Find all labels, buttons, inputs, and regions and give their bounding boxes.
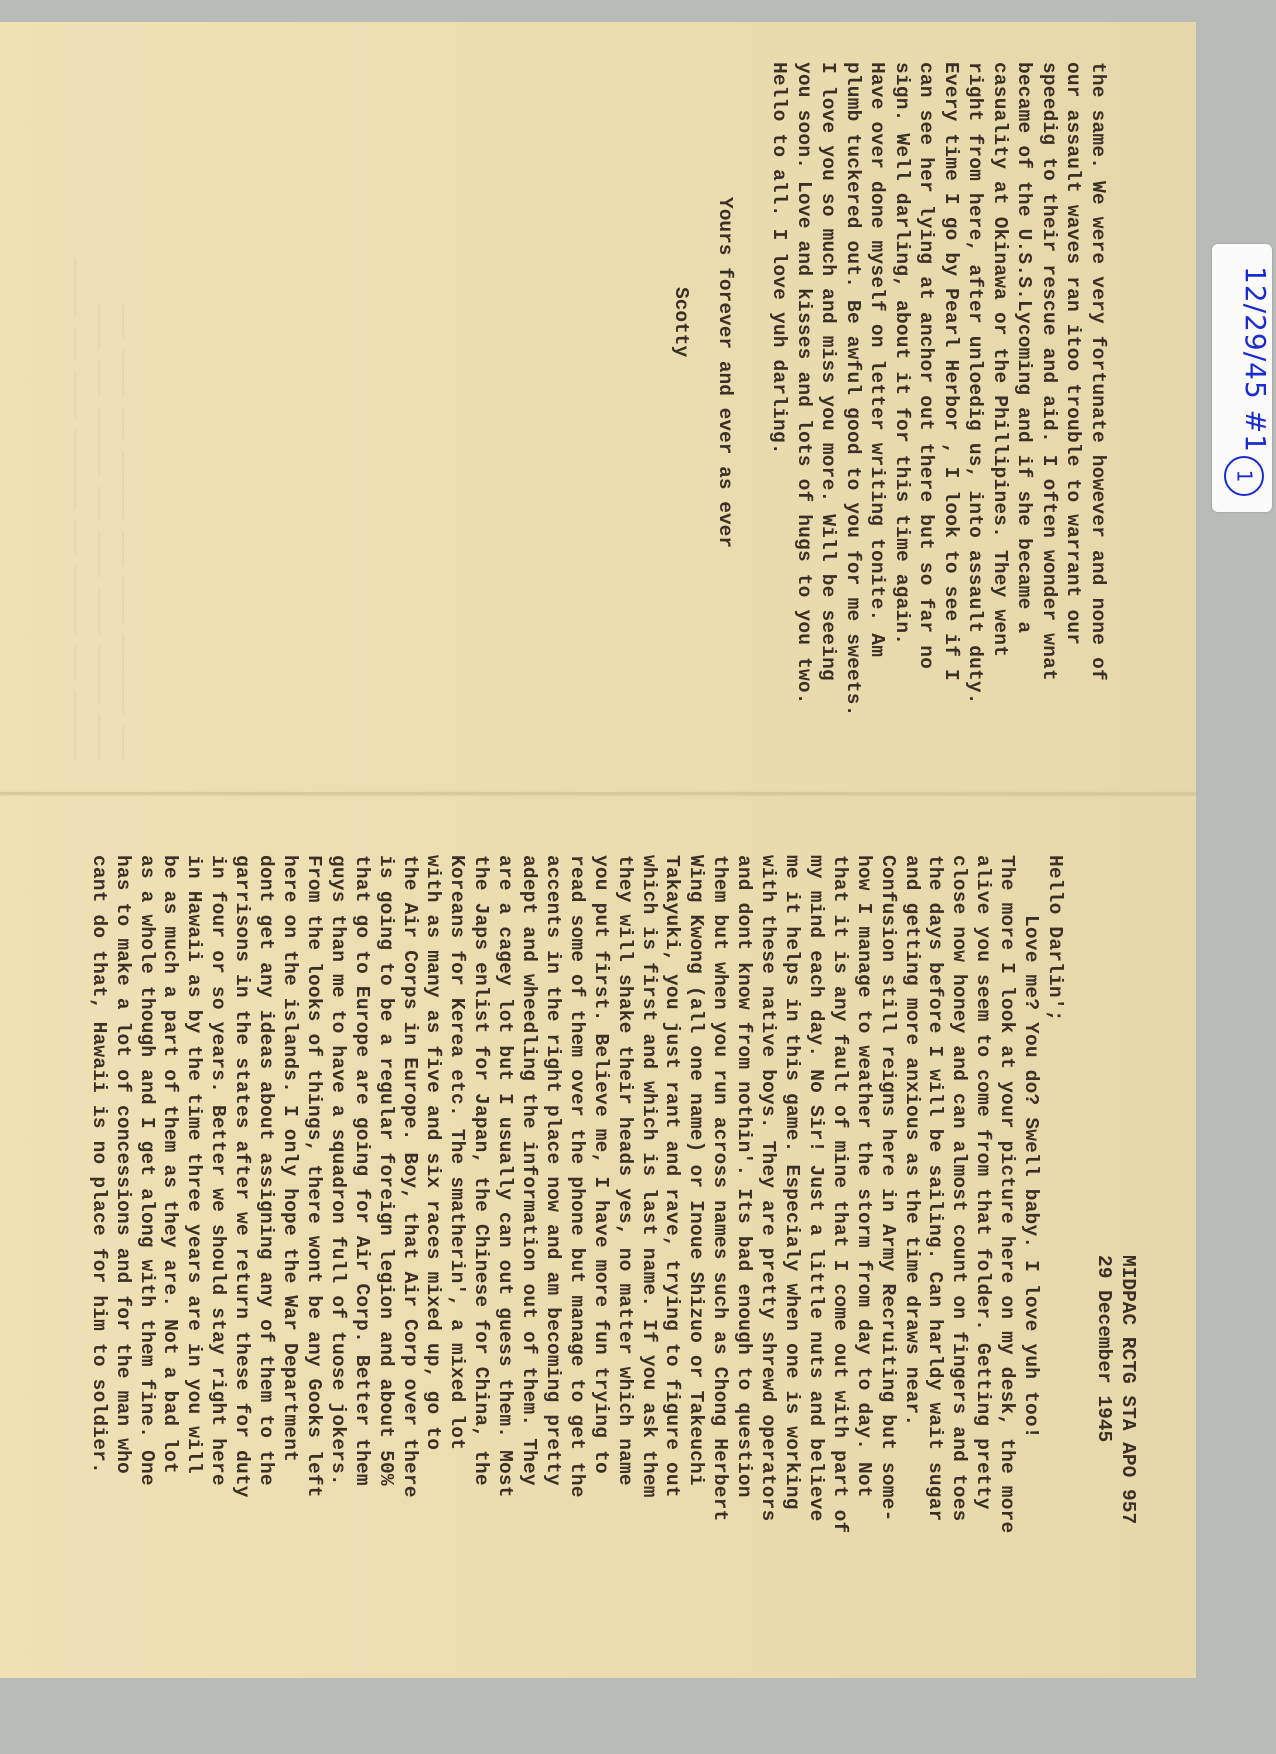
text-line: became of the U.S.S.Lycoming and if she …	[1012, 62, 1037, 782]
text-line: Every time I go by Pearl Herbor , I look…	[939, 62, 964, 782]
text-line: close now honey and can almost count on …	[946, 855, 970, 1575]
closing-line: Yours forever and ever as ever	[713, 62, 737, 782]
text-line: they will shake their heads yes, no matt…	[612, 855, 636, 1575]
text-line: Hello to all. I love yuh darling.	[767, 62, 792, 782]
body-paragraph: the same. We were very fortunate however…	[767, 62, 1110, 782]
station-header: MIDPAC RCTG STA APO 957	[1116, 855, 1140, 1575]
text-line: can see her lying at anchor out there bu…	[914, 62, 939, 782]
text-line: Confusion still reigns here in Army Recr…	[875, 855, 899, 1575]
letter-page-two: MIDPAC RCTG STA APO 957 29 December 1945…	[30, 855, 1140, 1575]
text-line: you put first. Believe me, I have more f…	[588, 855, 612, 1575]
text-line: alive you seem to come from that folder.…	[970, 855, 994, 1575]
text-line: you soon. Love and kisses and lots of hu…	[792, 62, 817, 782]
text-line: has to make a lot of concessions and for…	[110, 855, 134, 1575]
text-line: and dont know from nothin'. Its bad enou…	[731, 855, 755, 1575]
text-line: my mind each day. No Sir! Just a little …	[803, 855, 827, 1575]
text-line: Have over done myself on letter writing …	[865, 62, 890, 782]
text-line: with these native boys. They are pretty …	[755, 855, 779, 1575]
text-line: guys than me to have a squadron full of …	[325, 855, 349, 1575]
archive-label: 12/29/45 #1 1	[1212, 244, 1272, 512]
text-line: and getting more anxious as the time dra…	[899, 855, 923, 1575]
text-line: me it helps in this game. Especialy when…	[779, 855, 803, 1575]
text-line: our assault waves ran itoo trouble to wa…	[1061, 62, 1086, 782]
text-line: From the looks of things, there wont be …	[301, 855, 325, 1575]
text-line: how I manage to weather the storm from d…	[851, 855, 875, 1575]
text-line: the days before I will be sailing. Can h…	[923, 855, 947, 1575]
text-line: the Japs enlist for Japan, the Chinese f…	[468, 855, 492, 1575]
text-line: that it is any fault of mine that I come…	[827, 855, 851, 1575]
text-line: as a whole though and I get along with t…	[134, 855, 158, 1575]
text-line: cant do that, Hawaii is no place for him…	[86, 855, 110, 1575]
text-line: the same. We were very fortunate however…	[1086, 62, 1111, 782]
text-line: in four or so years. Better we should st…	[205, 855, 229, 1575]
letter-date: 29 December 1945	[1092, 855, 1116, 1575]
text-line: here on the islands. I only hope the War…	[277, 855, 301, 1575]
text-line: with as many as five and six races mixed…	[421, 855, 445, 1575]
text-line: Koreans for Kerea etc. The smatherin', a…	[444, 855, 468, 1575]
text-line: dont get any ideas about assigning any o…	[253, 855, 277, 1575]
archive-label-date: 12/29/45 #1	[1239, 266, 1272, 453]
text-line: accents in the right place now and am be…	[540, 855, 564, 1575]
text-line: that go to Europe are going for Air Corp…	[349, 855, 373, 1575]
text-line: garrisons in the states after we return …	[229, 855, 253, 1575]
text-line: adept and wheedling the information out …	[516, 855, 540, 1575]
text-line: casuality at Okinawa or the Phillipines.…	[988, 62, 1013, 782]
text-line: I love you so much and miss you more. Wi…	[816, 62, 841, 782]
text-line: in Hawaii as by the time three years are…	[181, 855, 205, 1575]
text-line: which is first and which is last name. I…	[636, 855, 660, 1575]
signature: Scotty	[669, 62, 693, 782]
text-line: read some of them over the phone but man…	[564, 855, 588, 1575]
text-line: are a cagey lot but I usually can out gu…	[492, 855, 516, 1575]
text-line: them but when you run across names such …	[707, 855, 731, 1575]
letter-page-one-continuation: the same. We were very fortunate however…	[50, 62, 1110, 782]
body-paragraph: The more I look at your picture here on …	[86, 855, 1018, 1575]
greeting: Hello Darlin';	[1042, 855, 1066, 1575]
text-line: speedig to their rescue and aid. I often…	[1037, 62, 1062, 782]
text-line: is going to be a regular foreign legion …	[373, 855, 397, 1575]
text-line: plumb tuckered out. Be awful good to you…	[841, 62, 866, 782]
text-line: The more I look at your picture here on …	[994, 855, 1018, 1575]
text-line: Wing Kwong (all one name) or Inoue Shizu…	[684, 855, 708, 1575]
paper-fold-crease	[0, 792, 1196, 794]
text-line: the Air Corps in Europe. Boy, that Air C…	[397, 855, 421, 1575]
text-line: be as much a part of them as they are. N…	[158, 855, 182, 1575]
circled-number: 1	[1224, 456, 1264, 496]
text-line: Takayuki, you just rant and rave, trying…	[660, 855, 684, 1575]
text-line: sign. Well darling, about it for this ti…	[890, 62, 915, 782]
opening-line: Love me? You do? Swell baby. I love yuh …	[1018, 855, 1042, 1575]
text-line: right from here, after unloedig us, into…	[963, 62, 988, 782]
